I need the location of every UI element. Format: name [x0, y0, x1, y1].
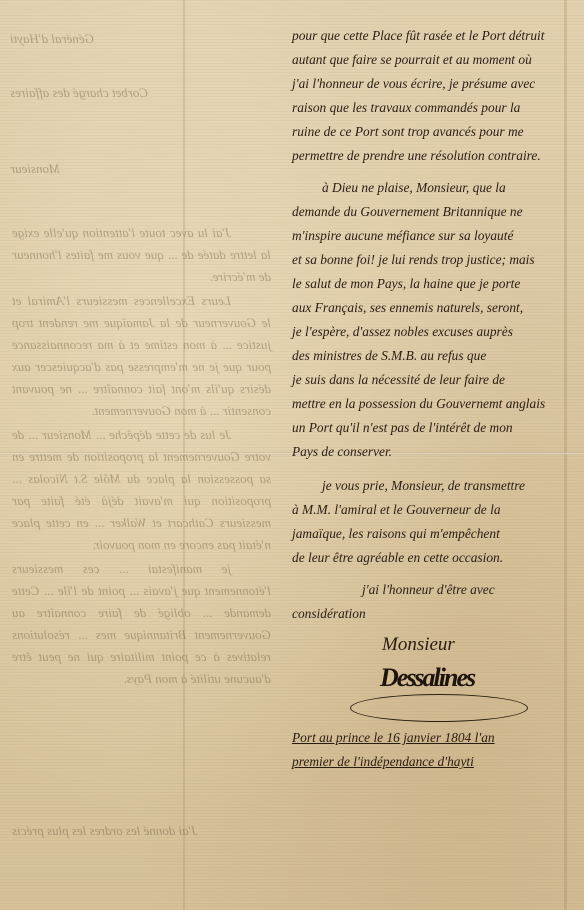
text-line: à Dieu ne plaise, Monsieur, que la [292, 176, 568, 200]
text-line: autant que faire se pourrait et au momen… [292, 48, 568, 72]
text-line: Pays de conserver. [292, 440, 568, 464]
bleed-salutation: Monsieur [10, 158, 60, 180]
text-line: je vous prie, Monsieur, de transmettre [292, 474, 568, 498]
text-line: ruine de ce Port sont trop avancés pour … [292, 120, 568, 144]
text-line: des ministres de S.M.B. au refus que [292, 344, 568, 368]
bleed-paragraph: Je lus de cette dépêche ... Monsieur ...… [12, 424, 271, 556]
bleed-paragraph: je manifestai ... ces messieurs l'étonne… [12, 558, 271, 690]
text-line: pour que cette Place fût rasée et le Por… [292, 24, 568, 48]
closing-line: considération [292, 602, 568, 626]
bleed-paragraph: J'ai lu avec toute l'attention qu'elle e… [12, 222, 271, 288]
text-line: et sa bonne foi! je lui rends trop justi… [292, 248, 568, 272]
text-line: demande du Gouvernement Britannique ne [292, 200, 568, 224]
text-line: permettre de prendre une résolution cont… [292, 144, 568, 168]
signature-flourish-icon [350, 694, 528, 722]
bleed-body: J'ai lu avec toute l'attention qu'elle e… [12, 222, 271, 692]
bleed-paragraph: Leurs Excellences messieurs l'Amiral et … [12, 290, 271, 422]
dateline: Port au prince le 16 janvier 1804 l'an p… [292, 726, 568, 774]
text-line: jamaïque, les raisons qui m'empêchent [292, 522, 568, 546]
closing-line: j'ai l'honneur d'être avec [292, 578, 568, 602]
text-line: le salut de mon Pays, la haine que je po… [292, 272, 568, 296]
text-line: aux Français, ses ennemis naturels, sero… [292, 296, 568, 320]
bleed-header-1: Général d'Hayti [10, 28, 94, 50]
dateline-line: premier de l'indépendance d'hayti [292, 750, 568, 774]
signature: Dessalines [350, 664, 550, 726]
text-line: je l'espère, d'assez nobles excuses aupr… [292, 320, 568, 344]
paragraph-2: à Dieu ne plaise, Monsieur, que la deman… [292, 176, 568, 464]
text-line: de leur être agréable en cette occasion. [292, 546, 568, 570]
signature-text: Dessalines [380, 666, 474, 690]
document-page: Général d'Hayti Corbet chargé des affair… [0, 0, 584, 910]
dateline-line: Port au prince le 16 janvier 1804 l'an [292, 726, 568, 750]
text-line: j'ai l'honneur de vous écrire, je présum… [292, 72, 568, 96]
bleed-closing: J'ai donné les ordres les plus précis [12, 820, 197, 842]
text-line: raison que les travaux commandés pour la [292, 96, 568, 120]
salutation: Monsieur [382, 630, 568, 660]
text-line: un Port qu'il n'est pas de l'intérêt de … [292, 416, 568, 440]
text-line: je suis dans la nécessité de leur faire … [292, 368, 568, 392]
text-line: mettre en la possession du Gouvernemt an… [292, 392, 568, 416]
paragraph-1: pour que cette Place fût rasée et le Por… [292, 24, 568, 168]
letter-body: pour que cette Place fût rasée et le Por… [292, 24, 568, 774]
text-line: m'inspire aucune méfiance sur sa loyauté [292, 224, 568, 248]
closing: j'ai l'honneur d'être avec considération [292, 578, 568, 626]
paragraph-3: je vous prie, Monsieur, de transmettre à… [292, 474, 568, 570]
bleed-header-2: Corbet chargé des affaires [10, 82, 148, 104]
bleed-through-text: Général d'Hayti Corbet chargé des affair… [0, 0, 285, 910]
text-line: à M.M. l'amiral et le Gouverneur de la [292, 498, 568, 522]
